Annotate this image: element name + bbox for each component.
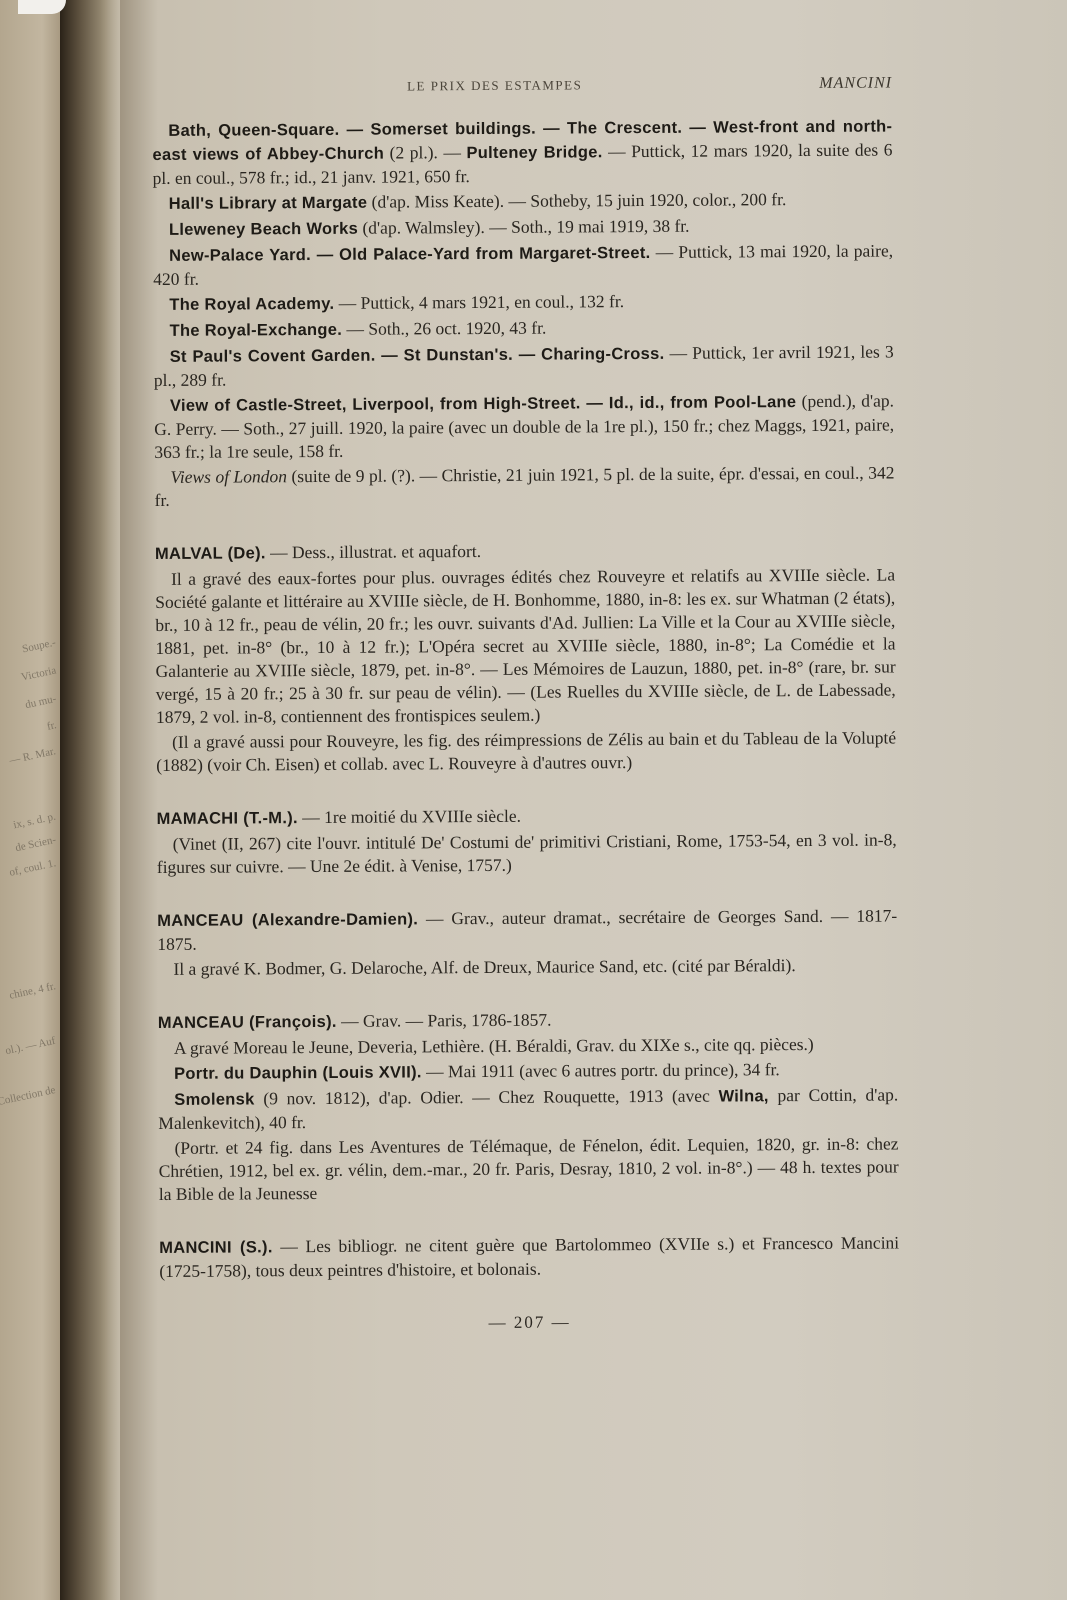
print-listing: Bath, Queen-Square. — Somerset buildings… bbox=[152, 114, 892, 190]
print-title: St Paul's Covent Garden. — St Dunstan's.… bbox=[170, 345, 665, 366]
facing-page-fragment: du mu- bbox=[24, 693, 57, 711]
entry-paragraph: (Il a gravé aussi pour Rouveyre, les fig… bbox=[156, 726, 896, 777]
print-details: (9 nov. 1812), d'ap. Odier. — Chez Rouqu… bbox=[255, 1086, 719, 1109]
print-listing: New-Palace Yard. — Old Palace-Yard from … bbox=[153, 239, 893, 291]
artist-description: — Grav. — Paris, 1786-1857. bbox=[337, 1010, 552, 1031]
print-listing: View of Castle-Street, Liverpool, from H… bbox=[154, 389, 894, 464]
artist-entry-mancini: MANCINI (S.). — Les bibliogr. ne citent … bbox=[159, 1231, 899, 1283]
print-title: Hall's Library at Margate bbox=[169, 194, 368, 213]
entry-heading: MAMACHI (T.-M.). — 1re moitié du XVIIIe … bbox=[156, 802, 896, 831]
print-listing: Smolensk (9 nov. 1812), d'ap. Odier. — C… bbox=[158, 1083, 898, 1135]
facing-page-fragment: Soupe.- bbox=[21, 637, 57, 656]
print-listing: The Royal Academy. — Puttick, 4 mars 192… bbox=[153, 288, 893, 317]
print-listing: The Royal-Exchange. — Soth., 26 oct. 192… bbox=[153, 314, 893, 343]
print-title: Pulteney Bridge. bbox=[466, 143, 602, 162]
facing-page-fragment: chine, 4 fr. bbox=[8, 980, 57, 1002]
facing-page-fragment: Collection de bbox=[0, 1084, 57, 1108]
entry-paragraph: Il a gravé K. Bodmer, G. Delaroche, Alf.… bbox=[157, 953, 897, 981]
print-title: Smolensk bbox=[174, 1090, 254, 1108]
print-title: Portr. du Dauphin (Louis XVII). bbox=[174, 1063, 422, 1083]
entry-paragraph: (Vinet (II, 267) cite l'ouvr. intitulé D… bbox=[157, 828, 897, 879]
print-listing: Hall's Library at Margate (d'ap. Miss Ke… bbox=[153, 187, 893, 216]
print-listing: St Paul's Covent Garden. — St Dunstan's.… bbox=[154, 340, 894, 392]
print-details: — Soth., 26 oct. 1920, 43 fr. bbox=[342, 318, 546, 339]
print-details: (2 pl.). — bbox=[384, 142, 466, 163]
facing-page-fragment: ol.). — Auf bbox=[5, 1035, 57, 1057]
print-details: — Puttick, 4 mars 1921, en coul., 132 fr… bbox=[334, 291, 624, 313]
facing-page-edge: Soupe.- Victoria du mu- fr. — R. Mar. ix… bbox=[0, 0, 60, 1600]
artist-name: MANCEAU (François). bbox=[158, 1013, 337, 1032]
running-head-title: LE PRIX DES ESTAMPES bbox=[407, 73, 582, 97]
artist-name: MAMACHI (T.-M.). bbox=[156, 809, 297, 828]
page-corner bbox=[18, 0, 66, 14]
print-listing: Portr. du Dauphin (Louis XVII). — Mai 19… bbox=[158, 1057, 898, 1086]
artist-name: MALVAL (De). bbox=[155, 544, 266, 563]
entry-heading: MALVAL (De). — Dess., illustrat. et aqua… bbox=[155, 537, 895, 566]
facing-page-fragment: of, coul. 1. bbox=[8, 857, 57, 879]
entry-heading: MANCEAU (Alexandre-Damien). — Grav., aut… bbox=[157, 904, 897, 956]
entry-heading: MANCINI (S.). — Les bibliogr. ne citent … bbox=[159, 1231, 899, 1283]
artist-entry-manceau-alexandre: MANCEAU (Alexandre-Damien). — Grav., aut… bbox=[157, 904, 897, 981]
print-title: The Royal Academy. bbox=[169, 295, 334, 314]
page-content: LE PRIX DES ESTAMPES MANCINI Bath, Queen… bbox=[152, 71, 900, 1335]
facing-page-fragment: fr. bbox=[45, 719, 57, 733]
running-head: LE PRIX DES ESTAMPES MANCINI bbox=[152, 71, 892, 99]
print-details: — Mai 1911 (avec 6 autres portr. du prin… bbox=[422, 1059, 780, 1081]
print-details: (d'ap. Walmsley). — Soth., 19 mai 1919, … bbox=[358, 216, 690, 238]
artist-description: — 1re moitié du XVIIIe siècle. bbox=[298, 806, 521, 827]
print-title: Views of London bbox=[170, 466, 287, 487]
print-listing: Views of London (suite de 9 pl. (?). — C… bbox=[154, 461, 894, 512]
facing-page-fragment: Victoria bbox=[20, 664, 57, 683]
print-title: The Royal-Exchange. bbox=[170, 321, 343, 340]
page-number: — 207 — bbox=[160, 1308, 900, 1336]
print-title: View of Castle-Street, Liverpool, from H… bbox=[170, 393, 796, 415]
artist-description: — Dess., illustrat. et aquafort. bbox=[266, 541, 481, 562]
facing-page-fragment: — R. Mar. bbox=[8, 745, 57, 767]
artist-entry-manceau-francois: MANCEAU (François). — Grav. — Paris, 178… bbox=[158, 1006, 899, 1206]
print-title: Lleweney Beach Works bbox=[169, 220, 358, 239]
artist-entry-malval: MALVAL (De). — Dess., illustrat. et aqua… bbox=[155, 537, 896, 777]
running-head-section: MANCINI bbox=[819, 71, 892, 94]
entry-heading: MANCEAU (François). — Grav. — Paris, 178… bbox=[158, 1006, 898, 1035]
print-title: Wilna, bbox=[718, 1087, 768, 1105]
facing-page-fragment: de Scien- bbox=[14, 834, 57, 854]
print-title: New-Palace Yard. — Old Palace-Yard from … bbox=[169, 244, 651, 265]
artist-entry-mamachi: MAMACHI (T.-M.). — 1re moitié du XVIIIe … bbox=[156, 802, 896, 879]
entry-paragraph: A gravé Moreau le Jeune, Deveria, Lethiè… bbox=[158, 1032, 898, 1060]
entry-paragraph: Il a gravé des eaux-fortes pour plus. ou… bbox=[155, 563, 896, 729]
print-listing: Lleweney Beach Works (d'ap. Walmsley). —… bbox=[153, 213, 893, 242]
facing-page-fragment: ix, s. d. p. bbox=[12, 811, 57, 832]
entry-note: (Portr. et 24 fig. dans Les Aventures de… bbox=[158, 1132, 898, 1206]
artist-name: MANCEAU (Alexandre-Damien). bbox=[157, 910, 418, 930]
print-details: (d'ap. Miss Keate). — Sotheby, 15 juin 1… bbox=[367, 189, 786, 212]
artist-name: MANCINI (S.). bbox=[159, 1238, 273, 1257]
